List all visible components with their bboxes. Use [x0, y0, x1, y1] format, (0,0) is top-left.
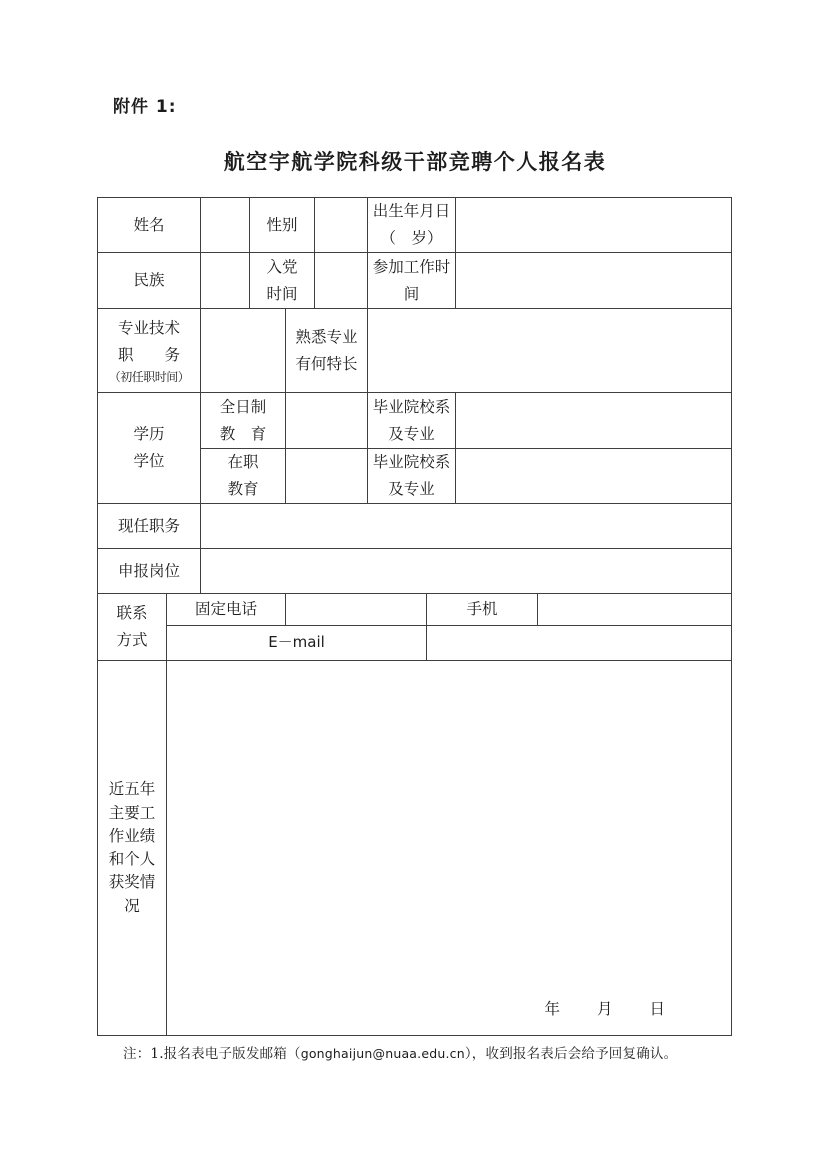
attachment-label: 附件 1:: [113, 92, 177, 117]
email-label: E－mail: [167, 626, 427, 661]
onjob-education-value-cell: [286, 449, 368, 504]
specialty-label: 熟悉专业 有何特长: [286, 309, 368, 393]
date-placeholder: 年 月 日: [544, 996, 667, 1023]
professional-title-label: 专业技术 职 务 （初任职时间）: [98, 309, 201, 393]
professional-title-value-cell: [201, 309, 286, 393]
telephone-label: 固定电话: [167, 594, 286, 626]
fulltime-education-value-cell: [286, 393, 368, 449]
gender-value-cell: [315, 198, 368, 253]
document-page: { "page": { "attachment_label": "附件 1:",…: [0, 0, 827, 1169]
registration-form-table: 姓名 性别 出生年月日 （ 岁） 民族 入党 时间 参加工作时 间 专业技术 职…: [97, 197, 732, 1036]
specialty-value-cell: [368, 309, 732, 393]
footer-note-suffix: ），收到报名表后会给予回复确认。: [465, 1046, 677, 1062]
achievements-value-cell: 年 月 日: [167, 661, 732, 1036]
fulltime-grad-school-label: 毕业院校系 及专业: [368, 393, 456, 449]
gender-label: 性别: [250, 198, 315, 253]
work-time-label: 参加工作时 间: [368, 253, 456, 309]
footer-note: 注：1.报名表电子版发邮箱（gonghaijun@nuaa.edu.cn），收到…: [123, 1042, 677, 1062]
professional-title-label-main: 专业技术 职 务: [118, 315, 180, 368]
page-title: 航空宇航学院科级干部竞聘个人报名表: [97, 146, 733, 176]
onjob-grad-school-label: 毕业院校系 及专业: [368, 449, 456, 504]
name-label: 姓名: [98, 198, 201, 253]
professional-title-label-sub: （初任职时间）: [109, 368, 190, 386]
birth-date-value-cell: [456, 198, 732, 253]
onjob-grad-school-value-cell: [456, 449, 732, 504]
mobile-label: 手机: [427, 594, 538, 626]
ethnicity-value-cell: [201, 253, 250, 309]
onjob-education-label: 在职 教育: [201, 449, 286, 504]
applied-post-value-cell: [201, 549, 732, 594]
current-post-value-cell: [201, 504, 732, 549]
telephone-value-cell: [286, 594, 427, 626]
party-time-value-cell: [315, 253, 368, 309]
ethnicity-label: 民族: [98, 253, 201, 309]
mobile-value-cell: [538, 594, 732, 626]
footer-note-email: gonghaijun@nuaa.edu.cn: [301, 1046, 465, 1061]
email-value-cell: [427, 626, 732, 661]
fulltime-grad-school-value-cell: [456, 393, 732, 449]
work-time-value-cell: [456, 253, 732, 309]
name-value-cell: [201, 198, 250, 253]
fulltime-education-label: 全日制 教 育: [201, 393, 286, 449]
birth-date-label: 出生年月日 （ 岁）: [368, 198, 456, 253]
applied-post-label: 申报岗位: [98, 549, 201, 594]
footer-note-prefix: 注：1.报名表电子版发邮箱（: [123, 1046, 301, 1062]
current-post-label: 现任职务: [98, 504, 201, 549]
contact-label: 联系 方式: [98, 594, 167, 661]
achievements-label: 近五年 主要工 作业绩 和个人 获奖情 况: [98, 661, 167, 1036]
party-time-label: 入党 时间: [250, 253, 315, 309]
education-label: 学历 学位: [98, 393, 201, 504]
